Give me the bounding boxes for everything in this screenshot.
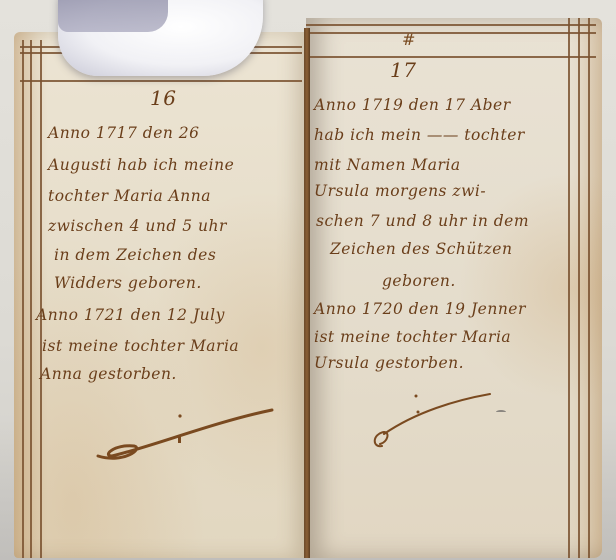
top-rule-2: [306, 32, 596, 34]
book-spine-gutter: [304, 28, 310, 558]
entry-line: Anna gestorben.: [40, 365, 177, 383]
left-page: # 16 Anno 1717 den 26 Augusti hab ich me…: [14, 32, 306, 558]
entry-line: in dem Zeichen des: [54, 246, 216, 264]
end-flourish-icon: [94, 402, 284, 462]
margin-rule-1: [22, 40, 24, 558]
page-number: 17: [390, 58, 416, 82]
entry-line: Anno 1719 den 17 Aber: [314, 96, 511, 114]
margin-rule-2: [578, 18, 580, 558]
entry-line: hab ich mein —— tochter: [314, 126, 525, 144]
margin-rule-3: [588, 18, 590, 558]
header-rule: [20, 80, 302, 82]
page-number: 16: [150, 86, 176, 110]
entry-line: mit Namen Maria: [314, 156, 461, 174]
entry-line: tochter Maria Anna: [48, 187, 211, 205]
entry-line: Widders geboren.: [54, 274, 202, 292]
entry-line: Zeichen des Schützen: [330, 240, 512, 258]
entry-line: Anno 1720 den 19 Jenner: [314, 300, 526, 318]
entry-line: schen 7 und 8 uhr in dem: [316, 212, 529, 230]
entry-line: Anno 1721 den 12 July: [36, 306, 225, 324]
folio-mark: #: [402, 30, 416, 49]
photo-scene: # 16 Anno 1717 den 26 Augusti hab ich me…: [0, 0, 616, 560]
right-edge-stain: [568, 18, 602, 558]
margin-rule-2: [30, 40, 32, 558]
paper-blemish: [496, 410, 506, 414]
right-page: # 17 Anno 1719 den 17 Aber hab ich mein …: [306, 18, 602, 558]
entry-line: Ursula gestorben.: [314, 354, 464, 372]
entry-line: ist meine tochter Maria: [314, 328, 511, 346]
top-rule-1: [306, 24, 596, 26]
end-flourish-icon: [366, 390, 496, 450]
margin-rule-3: [40, 40, 42, 558]
open-manuscript-book: # 16 Anno 1717 den 26 Augusti hab ich me…: [14, 18, 606, 558]
entry-line: zwischen 4 und 5 uhr: [48, 217, 227, 235]
entry-line: Anno 1717 den 26: [48, 124, 200, 142]
entry-line: ist meine tochter Maria: [42, 337, 239, 355]
entry-line: Ursula morgens zwi-: [314, 182, 486, 200]
glove-sleeve-shadow: [58, 0, 168, 32]
entry-line: geboren.: [382, 272, 456, 290]
entry-line: Augusti hab ich meine: [48, 156, 234, 174]
header-rule: [306, 56, 596, 58]
margin-rule-1: [568, 18, 570, 558]
